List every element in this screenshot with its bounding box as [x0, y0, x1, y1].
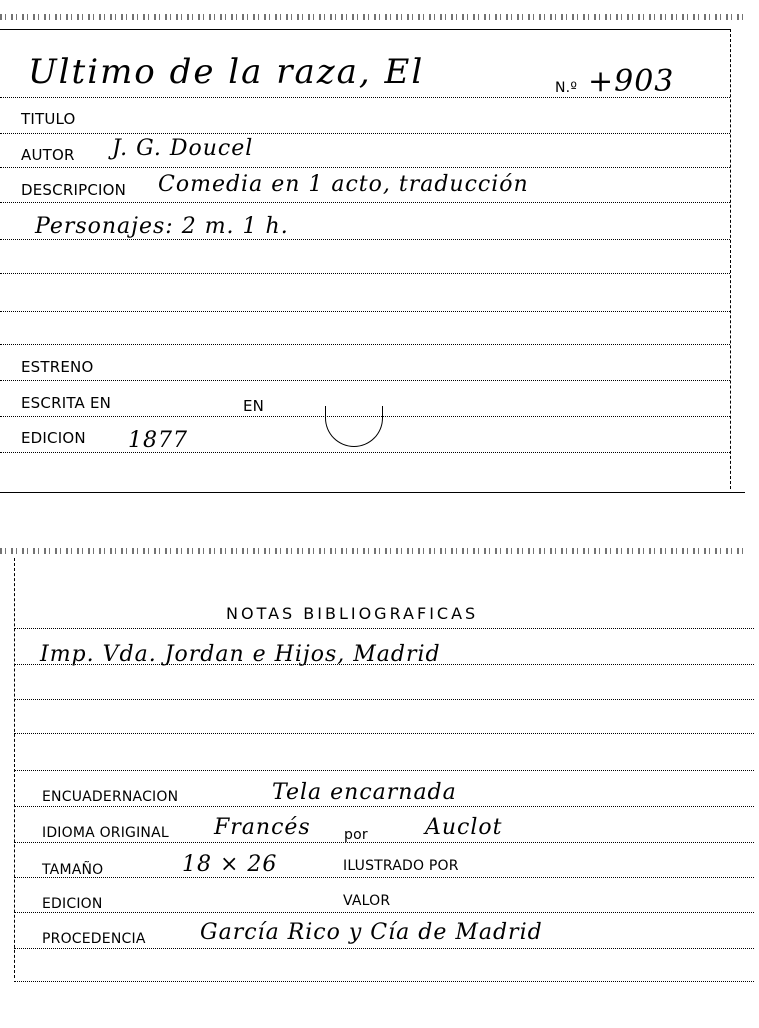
rule — [0, 239, 730, 240]
en-label: EN — [243, 397, 264, 415]
tamano-label: TAMAÑO — [42, 862, 103, 878]
rule — [0, 273, 730, 274]
rule — [14, 770, 754, 771]
valor-label: VALOR — [343, 893, 390, 909]
encuadernacion-value: Tela encarnada — [272, 780, 457, 805]
titulo-value: Ultimo de la raza, El — [28, 52, 424, 92]
procedencia-value: García Rico y Cía de Madrid — [200, 920, 543, 945]
rule — [14, 664, 754, 665]
card-right-edge — [730, 29, 731, 489]
edicion-bottom-label: EDICION — [42, 896, 103, 912]
hole-punch-mark — [325, 406, 383, 447]
tamano-value: 18 × 26 — [182, 852, 277, 877]
scan-noise-bottom — [0, 548, 745, 554]
scan-noise-top — [0, 14, 745, 20]
ilustrado-por-label: ILUSTRADO POR — [343, 858, 459, 874]
estreno-label: ESTRENO — [21, 358, 94, 376]
rule — [0, 167, 730, 168]
por-value: Auclot — [425, 815, 503, 840]
rule — [14, 877, 754, 878]
rule — [14, 699, 754, 700]
numero-label: N.º — [555, 80, 577, 96]
rule — [0, 133, 730, 134]
rule — [14, 981, 754, 982]
edicion-value: 1877 — [128, 428, 188, 453]
edicion-label: EDICION — [21, 429, 86, 447]
numero-value: +903 — [588, 64, 674, 99]
autor-label: AUTOR — [21, 146, 75, 164]
idioma-original-label: IDIOMA ORIGINAL — [42, 825, 169, 841]
rule — [0, 452, 730, 453]
rule — [0, 380, 730, 381]
rule — [0, 97, 730, 98]
notas-heading: NOTAS BIBLIOGRAFICAS — [226, 604, 478, 623]
card-top-border — [0, 29, 730, 30]
descripcion-label: DESCRIPCION — [21, 181, 126, 199]
encuadernacion-label: ENCUADERNACION — [42, 789, 178, 805]
card-top-bottom-edge — [0, 492, 745, 493]
rule — [14, 733, 754, 734]
autor-value: J. G. Doucel — [112, 136, 253, 161]
card-left-edge — [14, 558, 15, 978]
procedencia-label: PROCEDENCIA — [42, 931, 146, 947]
descripcion-value-2: Personajes: 2 m. 1 h. — [35, 214, 289, 239]
rule — [0, 311, 730, 312]
escrita-en-label: ESCRITA EN — [21, 394, 111, 412]
rule — [14, 842, 754, 843]
rule — [14, 948, 754, 949]
titulo-label: TITULO — [21, 110, 76, 128]
rule — [14, 806, 754, 807]
por-label: por — [344, 827, 368, 843]
rule — [14, 628, 754, 629]
rule — [14, 912, 754, 913]
rule — [0, 202, 730, 203]
idioma-value: Francés — [214, 815, 311, 840]
rule — [0, 344, 730, 345]
descripcion-value: Comedia en 1 acto, traducción — [158, 172, 529, 197]
